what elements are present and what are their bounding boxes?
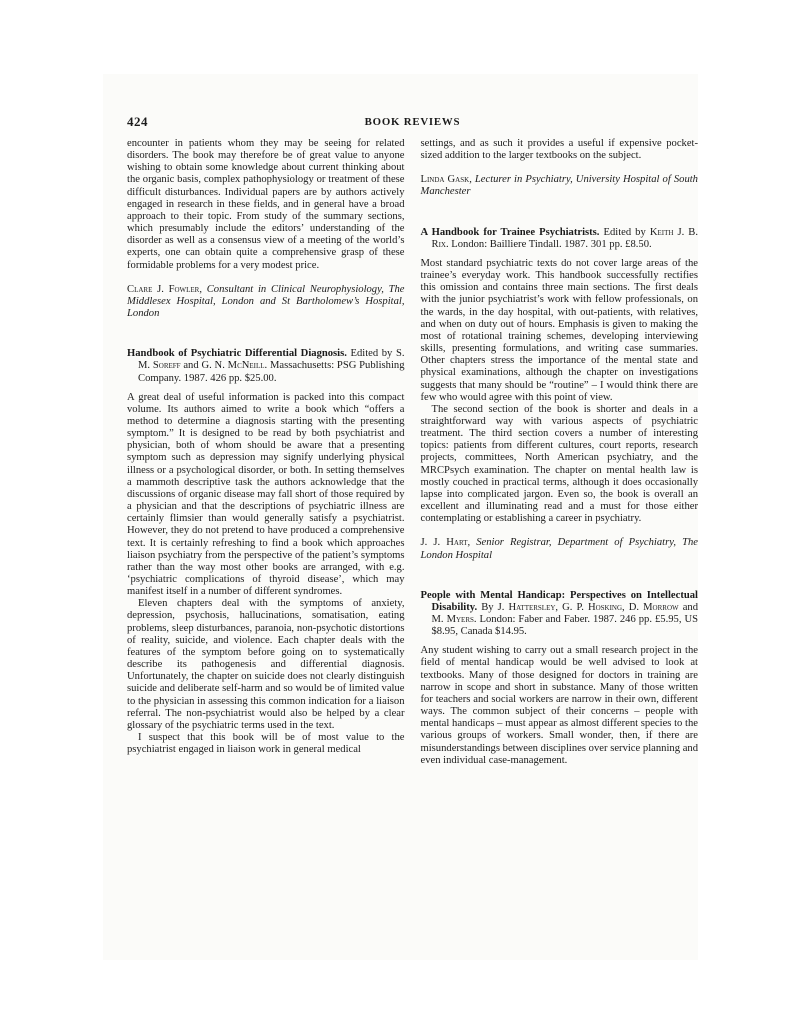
reviewer-name: Clare J. Fowler <box>127 284 199 295</box>
citation-conjunction: and <box>679 602 698 613</box>
attribution-hart: J. J. Hart, Senior Registrar, Department… <box>421 537 699 561</box>
reviewer-name: J. J. Hart <box>421 537 468 548</box>
review-paragraph: I suspect that this book will be of most… <box>127 732 405 756</box>
review-paragraph: Any student wishing to carry out a small… <box>421 645 699 767</box>
continued-review-paragraph: settings, and as such it provides a usef… <box>421 138 699 162</box>
author-name: D. Morrow <box>629 602 679 613</box>
review-paragraph: A great deal of useful information is pa… <box>127 392 405 599</box>
citation-by: By <box>477 602 498 613</box>
right-column: settings, and as such it provides a usef… <box>421 138 699 767</box>
book-title: Handbook of Psychiatric Differential Dia… <box>127 348 347 359</box>
book-title: A Handbook for Trainee Psychiatrists. <box>421 227 600 238</box>
review-paragraph: The second section of the book is shorte… <box>421 404 699 526</box>
review-heading-trainee-psychiatrists: A Handbook for Trainee Psychiatrists. Ed… <box>421 227 699 251</box>
journal-page: 424 BOOK REVIEWS encounter in patients w… <box>103 74 698 960</box>
citation-separator: , <box>622 602 629 613</box>
citation-imprint: . London: Bailliere Tindall. 1987. 301 p… <box>446 239 652 250</box>
reviewer-name: Linda Gask <box>421 174 470 185</box>
page-header: 424 BOOK REVIEWS <box>127 114 698 131</box>
author-name: G. P. Hosking <box>562 602 622 613</box>
citation-conjunction: and <box>181 360 202 371</box>
author-name: M. Myers <box>432 614 474 625</box>
review-heading-mental-handicap: People with Mental Handicap: Perspective… <box>421 590 699 639</box>
attribution-fowler: Clare J. Fowler, Consultant in Clinical … <box>127 284 405 320</box>
review-heading-differential-diagnosis: Handbook of Psychiatric Differential Dia… <box>127 348 405 384</box>
continued-review-paragraph: encounter in patients whom they may be s… <box>127 138 405 272</box>
running-head-title: BOOK REVIEWS <box>127 116 698 128</box>
left-column: encounter in patients whom they may be s… <box>127 138 405 767</box>
review-paragraph: Eleven chapters deal with the symptoms o… <box>127 598 405 732</box>
author-name: J. Hattersley <box>498 602 556 613</box>
editor-name: G. N. McNeill <box>201 360 264 371</box>
page-content: 424 BOOK REVIEWS encounter in patients w… <box>127 74 698 767</box>
citation-edited-by: Edited by <box>599 227 649 238</box>
attribution-gask: Linda Gask, Lecturer in Psychiatry, Univ… <box>421 174 699 198</box>
two-column-layout: encounter in patients whom they may be s… <box>127 138 698 767</box>
review-paragraph: Most standard psychiatric texts do not c… <box>421 258 699 404</box>
citation-edited-by: Edited by <box>347 348 396 359</box>
